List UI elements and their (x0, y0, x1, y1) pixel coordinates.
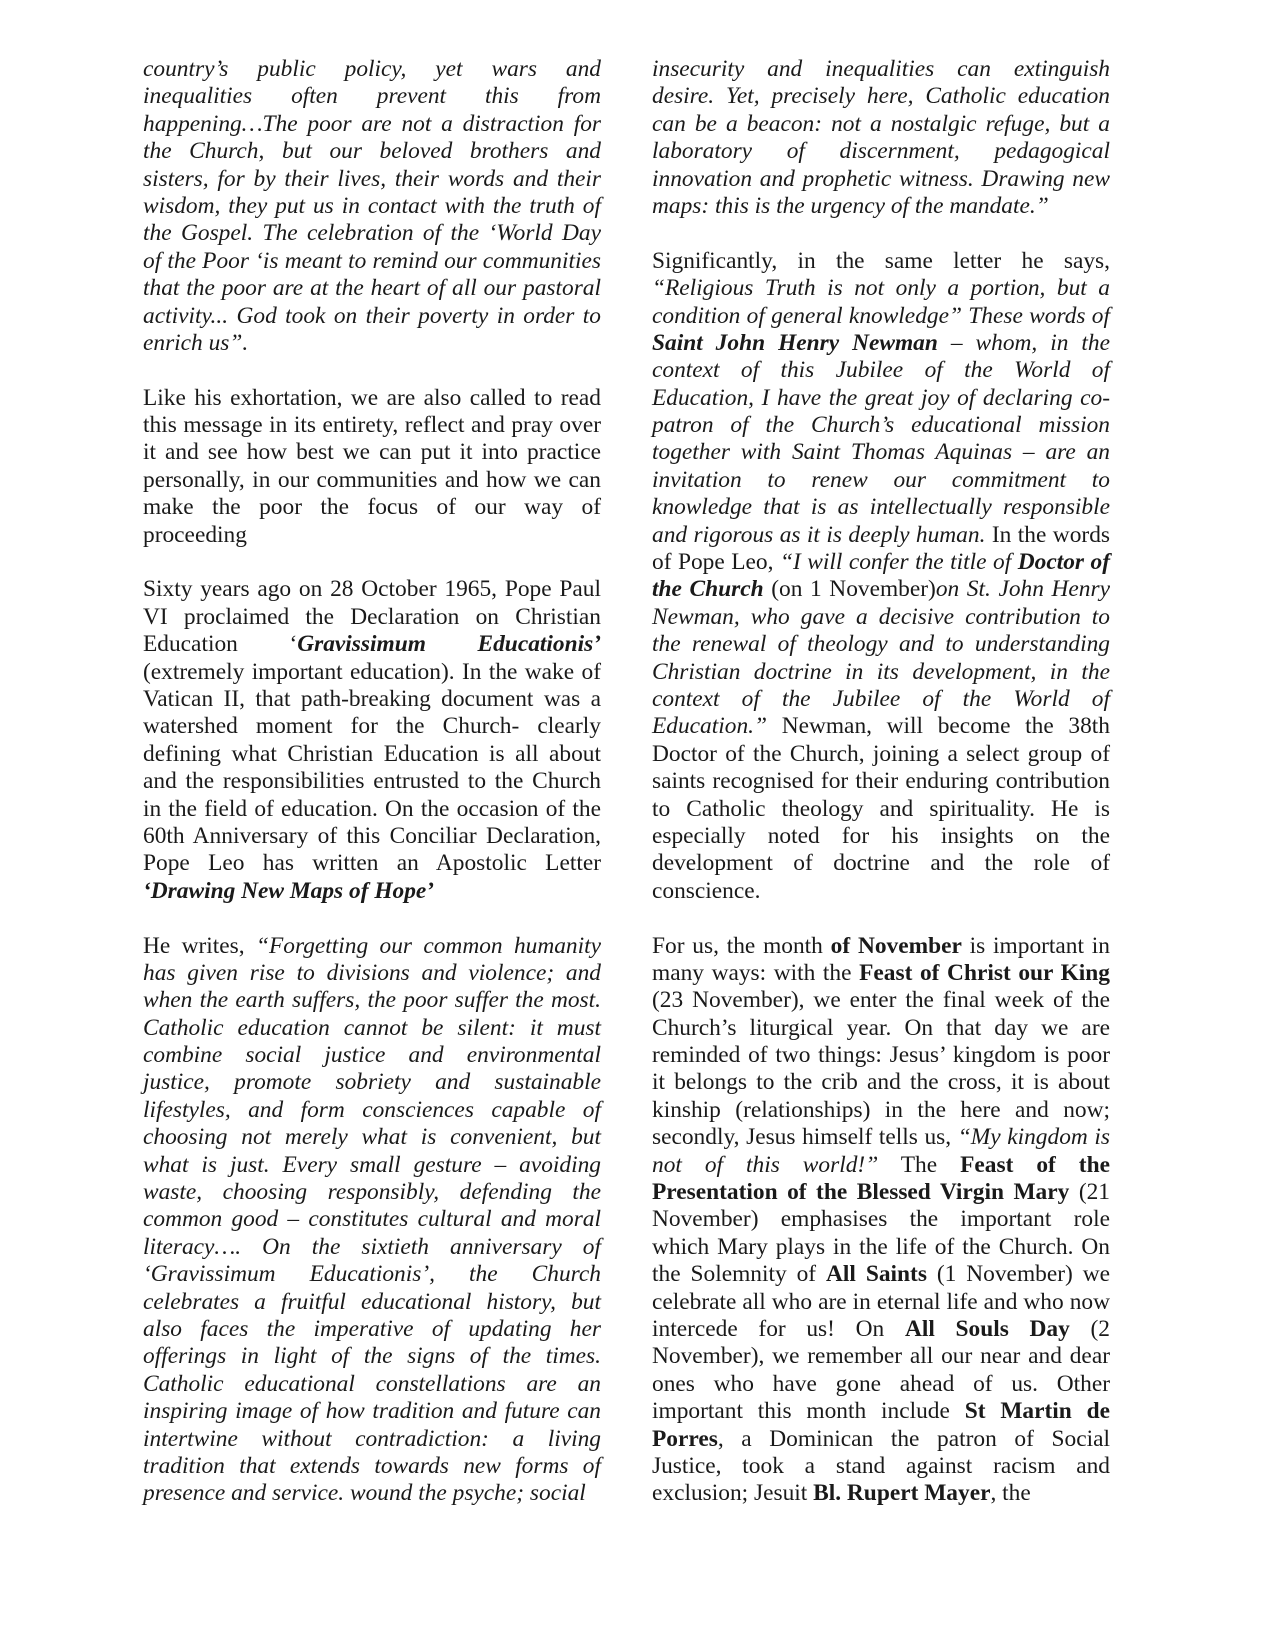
text-line: the Church (on 1 November)on St. John He… (652, 576, 1110, 603)
text-line: secondly, Jesus himself tells us, “My ki… (652, 1124, 1110, 1151)
text-line: in the field of education. On the occasi… (143, 796, 601, 823)
text-line: reminded of two things: Jesus’ kingdom i… (652, 1042, 1110, 1069)
text: VI proclaimed the Declaration on Christi… (143, 604, 601, 630)
italic-text: context of the Jubilee of the World of (652, 686, 1110, 712)
bold-text: Feast of the (960, 1152, 1110, 1178)
text: ones who have gone ahead of us. Other (652, 1371, 1110, 1397)
text-line: make the poor the focus of our way of (143, 494, 601, 521)
text: (23 November), we enter the final week o… (652, 987, 1110, 1013)
italic-text: what is just. Every small gesture – avoi… (143, 1152, 601, 1178)
text-line: desire. Yet, precisely here, Catholic ed… (652, 83, 1110, 110)
bold-text: of November (831, 933, 962, 959)
text-line: can be a beacon: not a nostalgic refuge,… (652, 111, 1110, 138)
text-line: Education, I have the great joy of decla… (652, 385, 1110, 412)
text: and the responsibilities entrusted to th… (143, 768, 601, 794)
text: which Mary plays in the life of the Chur… (652, 1234, 1110, 1260)
italic-text: desire. Yet, precisely here, Catholic ed… (652, 83, 1110, 109)
text-line: Presentation of the Blessed Virgin Mary … (652, 1179, 1110, 1206)
text: in the field of education. On the occasi… (143, 796, 601, 822)
text-line: Justice, took a stand against racism and (652, 1453, 1110, 1480)
text: kinship (relationships) in the here and … (652, 1097, 1110, 1123)
italic-text: Catholic educational constellations are … (143, 1371, 601, 1397)
text-line: to Catholic theology and spirituality. H… (652, 796, 1110, 823)
text: conscience. (652, 878, 760, 904)
italic-text: the Church, but our beloved brothers and (143, 138, 601, 164)
text-line: defining what Christian Education is all… (143, 741, 601, 768)
italic-text: and rigorous as it is deeply human. (652, 522, 985, 548)
italic-text: of the Poor ‘is meant to remind our comm… (143, 248, 601, 274)
text: November) emphasises the important role (652, 1206, 1110, 1232)
text-line: watershed moment for the Church- clearly (143, 713, 601, 740)
text-line: this message in its entirety, reflect an… (143, 412, 601, 439)
text-line: happening…The poor are not a distraction… (143, 111, 601, 138)
italic-text: the Gospel. The celebration of the ‘Worl… (143, 220, 601, 246)
text-line: 60th Anniversary of this Conciliar Decla… (143, 823, 601, 850)
text-line: patron of the Church’s educational missi… (652, 412, 1110, 439)
text-line: knowledge that is as intellectually resp… (652, 494, 1110, 521)
italic-text: lifestyles, and form consciences capable… (143, 1097, 601, 1123)
italic-text: presence and service. wound the psyche; … (143, 1480, 586, 1506)
document-page: country’s public policy, yet wars andine… (0, 0, 1275, 1650)
text: to Catholic theology and spirituality. H… (652, 796, 1110, 822)
italic-text: Education.” (652, 713, 767, 739)
text: it and see how best we can put it into p… (143, 439, 601, 465)
text-line: proceeding (143, 522, 601, 549)
italic-text: condition of general knowledge” These wo… (652, 303, 1110, 329)
italic-text: when the earth suffers, the poor suffer … (143, 987, 601, 1013)
text: , the (990, 1480, 1030, 1506)
text: Vatican II, that path-breaking document … (143, 686, 601, 712)
italic-text: not of this world!” (652, 1152, 878, 1178)
text-line: Pope Leo has written an Apostolic Letter (143, 850, 601, 877)
text-line: For us, the month of November is importa… (652, 933, 1110, 960)
text-line: offerings in light of the signs of the t… (143, 1343, 601, 1370)
text: intercede for us! On (652, 1316, 905, 1342)
text: Justice, took a stand against racism and (652, 1453, 1110, 1479)
text-line: Porres, a Dominican the patron of Social (652, 1426, 1110, 1453)
text-line: invitation to renew our commitment to (652, 467, 1110, 494)
italic-text: knowledge that is as intellectually resp… (652, 494, 1110, 520)
bold-text: the Church (652, 576, 764, 602)
bold-text: All Saints (826, 1261, 927, 1287)
italic-text: insecurity and inequalities can extingui… (652, 56, 1110, 82)
italic-text: tradition that extends towards new forms… (143, 1453, 601, 1479)
italic-text: waste, choosing responsibly, defending t… (143, 1179, 601, 1205)
text-line: inspiring image of how tradition and fut… (143, 1398, 601, 1425)
bold-text: Bl. Rupert Mayer (813, 1480, 990, 1506)
text-line: intertwine without contradiction: a livi… (143, 1426, 601, 1453)
text: (on 1 November) (764, 576, 936, 602)
text: November), we remember all our near and … (652, 1343, 1110, 1369)
italic-text: together with Saint Thomas Aquinas – are… (652, 439, 1110, 465)
text: Newman, will become the 38th (767, 713, 1110, 739)
bold-text: Gravissimum Educationis’ (297, 631, 601, 657)
text-line: which Mary plays in the life of the Chur… (652, 1234, 1110, 1261)
italic-text: “Forgetting our common humanity (256, 933, 601, 959)
text-line: VI proclaimed the Declaration on Christi… (143, 604, 601, 631)
left-column: country’s public policy, yet wars andine… (143, 56, 601, 1535)
italic-text: has given rise to divisions and violence… (143, 960, 601, 986)
text: Sixty years ago on 28 October 1965, Pope… (143, 576, 601, 602)
text-line: of Pope Leo, “I will confer the title of… (652, 549, 1110, 576)
italic-text: happening…The poor are not a distraction… (143, 111, 601, 137)
italic-text: inspiring image of how tradition and fut… (143, 1398, 601, 1424)
bold-text: Doctor of (1018, 549, 1110, 575)
paragraph: He writes, “Forgetting our common humani… (143, 933, 601, 1508)
text: (21 (1069, 1179, 1110, 1205)
text-line: wisdom, they put us in contact with the … (143, 193, 601, 220)
text-line: Saint John Henry Newman – whom, in the (652, 330, 1110, 357)
italic-text: Newman, who gave a decisive contribution… (652, 604, 1110, 630)
italic-text: enrich us”. (143, 330, 248, 356)
text-line: enrich us”. (143, 330, 601, 357)
text-line: when the earth suffers, the poor suffer … (143, 987, 601, 1014)
paragraph: Like his exhortation, we are also called… (143, 385, 601, 549)
text-line: activity... God took on their poverty in… (143, 303, 601, 330)
text: Doctor of the Church, joining a select g… (652, 741, 1110, 767)
italic-text: wisdom, they put us in contact with the … (143, 193, 601, 219)
bold-text: Feast of Christ our King (859, 960, 1110, 986)
text: Pope Leo has written an Apostolic Letter (143, 850, 601, 876)
italic-text: can be a beacon: not a nostalgic refuge,… (652, 111, 1110, 137)
italic-text: Education, I have the great joy of decla… (652, 385, 1110, 411)
paragraph: insecurity and inequalities can extingui… (652, 56, 1110, 220)
text: 60th Anniversary of this Conciliar Decla… (143, 823, 601, 849)
text-line: ‘Drawing New Maps of Hope’ (143, 878, 601, 905)
text-line: “Religious Truth is not only a portion, … (652, 275, 1110, 302)
text: proceeding (143, 522, 247, 548)
italic-text: innovation and prophetic witness. Drawin… (652, 166, 1110, 192)
text: defining what Christian Education is all… (143, 741, 601, 767)
text-line: justice, promote sobriety and sustainabl… (143, 1069, 601, 1096)
text: important this month include (652, 1398, 965, 1424)
text-line: Newman, who gave a decisive contribution… (652, 604, 1110, 631)
paragraph: Sixty years ago on 28 October 1965, Pope… (143, 576, 601, 905)
bold-text: ‘Drawing New Maps of Hope’ (143, 878, 434, 904)
text-line: Catholic education cannot be silent: it … (143, 1015, 601, 1042)
paragraph: For us, the month of November is importa… (652, 933, 1110, 1508)
text-line: Education.” Newman, will become the 38th (652, 713, 1110, 740)
text-line: inequalities often prevent this from (143, 83, 601, 110)
text-line: November), we remember all our near and … (652, 1343, 1110, 1370)
text-line: ‘Gravissimum Educationis’, the Church (143, 1261, 601, 1288)
text: make the poor the focus of our way of (143, 494, 601, 520)
text: Like his exhortation, we are also called… (143, 385, 601, 411)
text-line: it belongs to the crib and the cross, it… (652, 1069, 1110, 1096)
text-line: condition of general knowledge” These wo… (652, 303, 1110, 330)
italic-text: “My kingdom is (958, 1124, 1110, 1150)
text-line: that the poor are at the heart of all ou… (143, 275, 601, 302)
text-line: conscience. (652, 878, 1110, 905)
text-line: presence and service. wound the psyche; … (143, 1480, 601, 1507)
text-line: Doctor of the Church, joining a select g… (652, 741, 1110, 768)
text-line: the Gospel. The celebration of the ‘Worl… (143, 220, 601, 247)
italic-text: ‘Gravissimum Educationis’, the Church (143, 1261, 601, 1287)
text-line: ones who have gone ahead of us. Other (652, 1371, 1110, 1398)
text: is important in (962, 933, 1110, 959)
text-line: the Solemnity of All Saints (1 November)… (652, 1261, 1110, 1288)
text-line: innovation and prophetic witness. Drawin… (652, 166, 1110, 193)
text: secondly, Jesus himself tells us, (652, 1124, 958, 1150)
text-line: Catholic educational constellations are … (143, 1371, 601, 1398)
text-line: important this month include St Martin d… (652, 1398, 1110, 1425)
italic-text: celebrates a fruitful educational histor… (143, 1289, 601, 1315)
italic-text: that the poor are at the heart of all ou… (143, 275, 601, 301)
italic-text: offerings in light of the signs of the t… (143, 1343, 601, 1369)
text-line: development of doctrine and the role of (652, 850, 1110, 877)
text-line: the renewal of theology and to understan… (652, 631, 1110, 658)
text-line: context of this Jubilee of the World of (652, 357, 1110, 384)
text: He writes, (143, 933, 256, 959)
text-line: saints recognised for their enduring con… (652, 768, 1110, 795)
text-line: Education ‘Gravissimum Educationis’ (143, 631, 601, 658)
text-line: lifestyles, and form consciences capable… (143, 1097, 601, 1124)
text-line: Like his exhortation, we are also called… (143, 385, 601, 412)
italic-text: activity... God took on their poverty in… (143, 303, 601, 329)
italic-text: common good – constitutes cultural and m… (143, 1206, 601, 1232)
text: celebrate all who are in eternal life an… (652, 1289, 1110, 1315)
italic-text: context of this Jubilee of the World of (652, 357, 1110, 383)
italic-text: Christian doctrine in its development, i… (652, 659, 1110, 685)
text-line: many ways: with the Feast of Christ our … (652, 960, 1110, 987)
text-line: especially noted for his insights on the (652, 823, 1110, 850)
italic-text: “Religious Truth is not only a portion, … (652, 275, 1110, 301)
italic-text: “I will confer the title of (780, 549, 1018, 575)
text: watershed moment for the Church- clearly (143, 713, 601, 739)
text: For us, the month (652, 933, 831, 959)
text-line: (extremely important education). In the … (143, 659, 601, 686)
text-line: maps: this is the urgency of the mandate… (652, 193, 1110, 220)
bold-text: St Martin de (965, 1398, 1110, 1424)
text-line: context of the Jubilee of the World of (652, 686, 1110, 713)
text-line: intercede for us! On All Souls Day (2 (652, 1316, 1110, 1343)
text: the Solemnity of (652, 1261, 826, 1287)
italic-text: justice, promote sobriety and sustainabl… (143, 1069, 601, 1095)
text: , a Dominican the patron of Social (718, 1426, 1110, 1452)
bold-text: Saint John Henry Newman (652, 330, 938, 356)
text-line: Christian doctrine in its development, i… (652, 659, 1110, 686)
bold-text: Presentation of the Blessed Virgin Mary (652, 1179, 1069, 1205)
text-line: Church’s liturgical year. On that day we… (652, 1015, 1110, 1042)
text: The (878, 1152, 960, 1178)
text-line: what is just. Every small gesture – avoi… (143, 1152, 601, 1179)
italic-text: patron of the Church’s educational missi… (652, 412, 1110, 438)
text-line: November) emphasises the important role (652, 1206, 1110, 1233)
text: In the words (985, 522, 1110, 548)
text: Significantly, in the same letter he say… (652, 248, 1110, 274)
italic-text: choosing not merely what is convenient, … (143, 1124, 601, 1150)
text: reminded of two things: Jesus’ kingdom i… (652, 1042, 1110, 1068)
italic-text: combine social justice and environmental (143, 1042, 601, 1068)
text-line: laboratory of discernment, pedagogical (652, 138, 1110, 165)
text: it belongs to the crib and the cross, it… (652, 1069, 1110, 1095)
text-line: sisters, for by their lives, their words… (143, 166, 601, 193)
italic-text: the renewal of theology and to understan… (652, 631, 1110, 657)
text: (2 (1070, 1316, 1110, 1342)
text-line: celebrate all who are in eternal life an… (652, 1289, 1110, 1316)
text-line: (23 November), we enter the final week o… (652, 987, 1110, 1014)
text-line: together with Saint Thomas Aquinas – are… (652, 439, 1110, 466)
italic-text: maps: this is the urgency of the mandate… (652, 193, 1049, 219)
paragraph: Significantly, in the same letter he say… (652, 248, 1110, 905)
text-line: personally, in our communities and how w… (143, 467, 601, 494)
text-line: choosing not merely what is convenient, … (143, 1124, 601, 1151)
right-column: insecurity and inequalities can extingui… (652, 56, 1110, 1535)
text-line: common good – constitutes cultural and m… (143, 1206, 601, 1233)
text: (1 November) we (927, 1261, 1110, 1287)
italic-text: invitation to renew our commitment to (652, 467, 1110, 493)
italic-text: also faces the imperative of updating he… (143, 1316, 601, 1342)
text: of Pope Leo, (652, 549, 780, 575)
text-line: waste, choosing responsibly, defending t… (143, 1179, 601, 1206)
italic-text: laboratory of discernment, pedagogical (652, 138, 1110, 164)
text: many ways: with the (652, 960, 859, 986)
bold-text: All Souls Day (905, 1316, 1070, 1342)
text: saints recognised for their enduring con… (652, 768, 1110, 794)
paragraph: country’s public policy, yet wars andine… (143, 56, 601, 357)
text-line: of the Poor ‘is meant to remind our comm… (143, 248, 601, 275)
text-line: not of this world!” The Feast of the (652, 1152, 1110, 1179)
text: personally, in our communities and how w… (143, 467, 601, 493)
text-line: He writes, “Forgetting our common humani… (143, 933, 601, 960)
text-line: tradition that extends towards new forms… (143, 1453, 601, 1480)
italic-text: sisters, for by their lives, their words… (143, 166, 601, 192)
italic-text: inequalities often prevent this from (143, 83, 601, 109)
text: (extremely important education). In the … (143, 659, 601, 685)
italic-text: Catholic education cannot be silent: it … (143, 1015, 601, 1041)
text-line: also faces the imperative of updating he… (143, 1316, 601, 1343)
text-line: combine social justice and environmental (143, 1042, 601, 1069)
text-line: insecurity and inequalities can extingui… (652, 56, 1110, 83)
bold-text: Porres (652, 1426, 718, 1452)
text-line: and rigorous as it is deeply human. In t… (652, 522, 1110, 549)
italic-text: on St. John Henry (936, 576, 1110, 602)
text: this message in its entirety, reflect an… (143, 412, 601, 438)
text: especially noted for his insights on the (652, 823, 1110, 849)
text: development of doctrine and the role of (652, 850, 1110, 876)
text: exclusion; Jesuit (652, 1480, 813, 1506)
text-line: kinship (relationships) in the here and … (652, 1097, 1110, 1124)
italic-text: literacy…. On the sixtieth anniversary o… (143, 1234, 601, 1260)
text: Church’s liturgical year. On that day we… (652, 1015, 1110, 1041)
text-line: has given rise to divisions and violence… (143, 960, 601, 987)
text-line: Sixty years ago on 28 October 1965, Pope… (143, 576, 601, 603)
text-line: it and see how best we can put it into p… (143, 439, 601, 466)
italic-text: – whom, in the (938, 330, 1110, 356)
text-line: the Church, but our beloved brothers and (143, 138, 601, 165)
italic-text: intertwine without contradiction: a livi… (143, 1426, 601, 1452)
text-line: celebrates a fruitful educational histor… (143, 1289, 601, 1316)
text-line: and the responsibilities entrusted to th… (143, 768, 601, 795)
text-line: Vatican II, that path-breaking document … (143, 686, 601, 713)
text: Education (143, 631, 289, 657)
text-line: literacy…. On the sixtieth anniversary o… (143, 1234, 601, 1261)
text-line: country’s public policy, yet wars and (143, 56, 601, 83)
text-line: Significantly, in the same letter he say… (652, 248, 1110, 275)
text-line: exclusion; Jesuit Bl. Rupert Mayer, the (652, 1480, 1110, 1507)
italic-text: country’s public policy, yet wars and (143, 56, 601, 82)
